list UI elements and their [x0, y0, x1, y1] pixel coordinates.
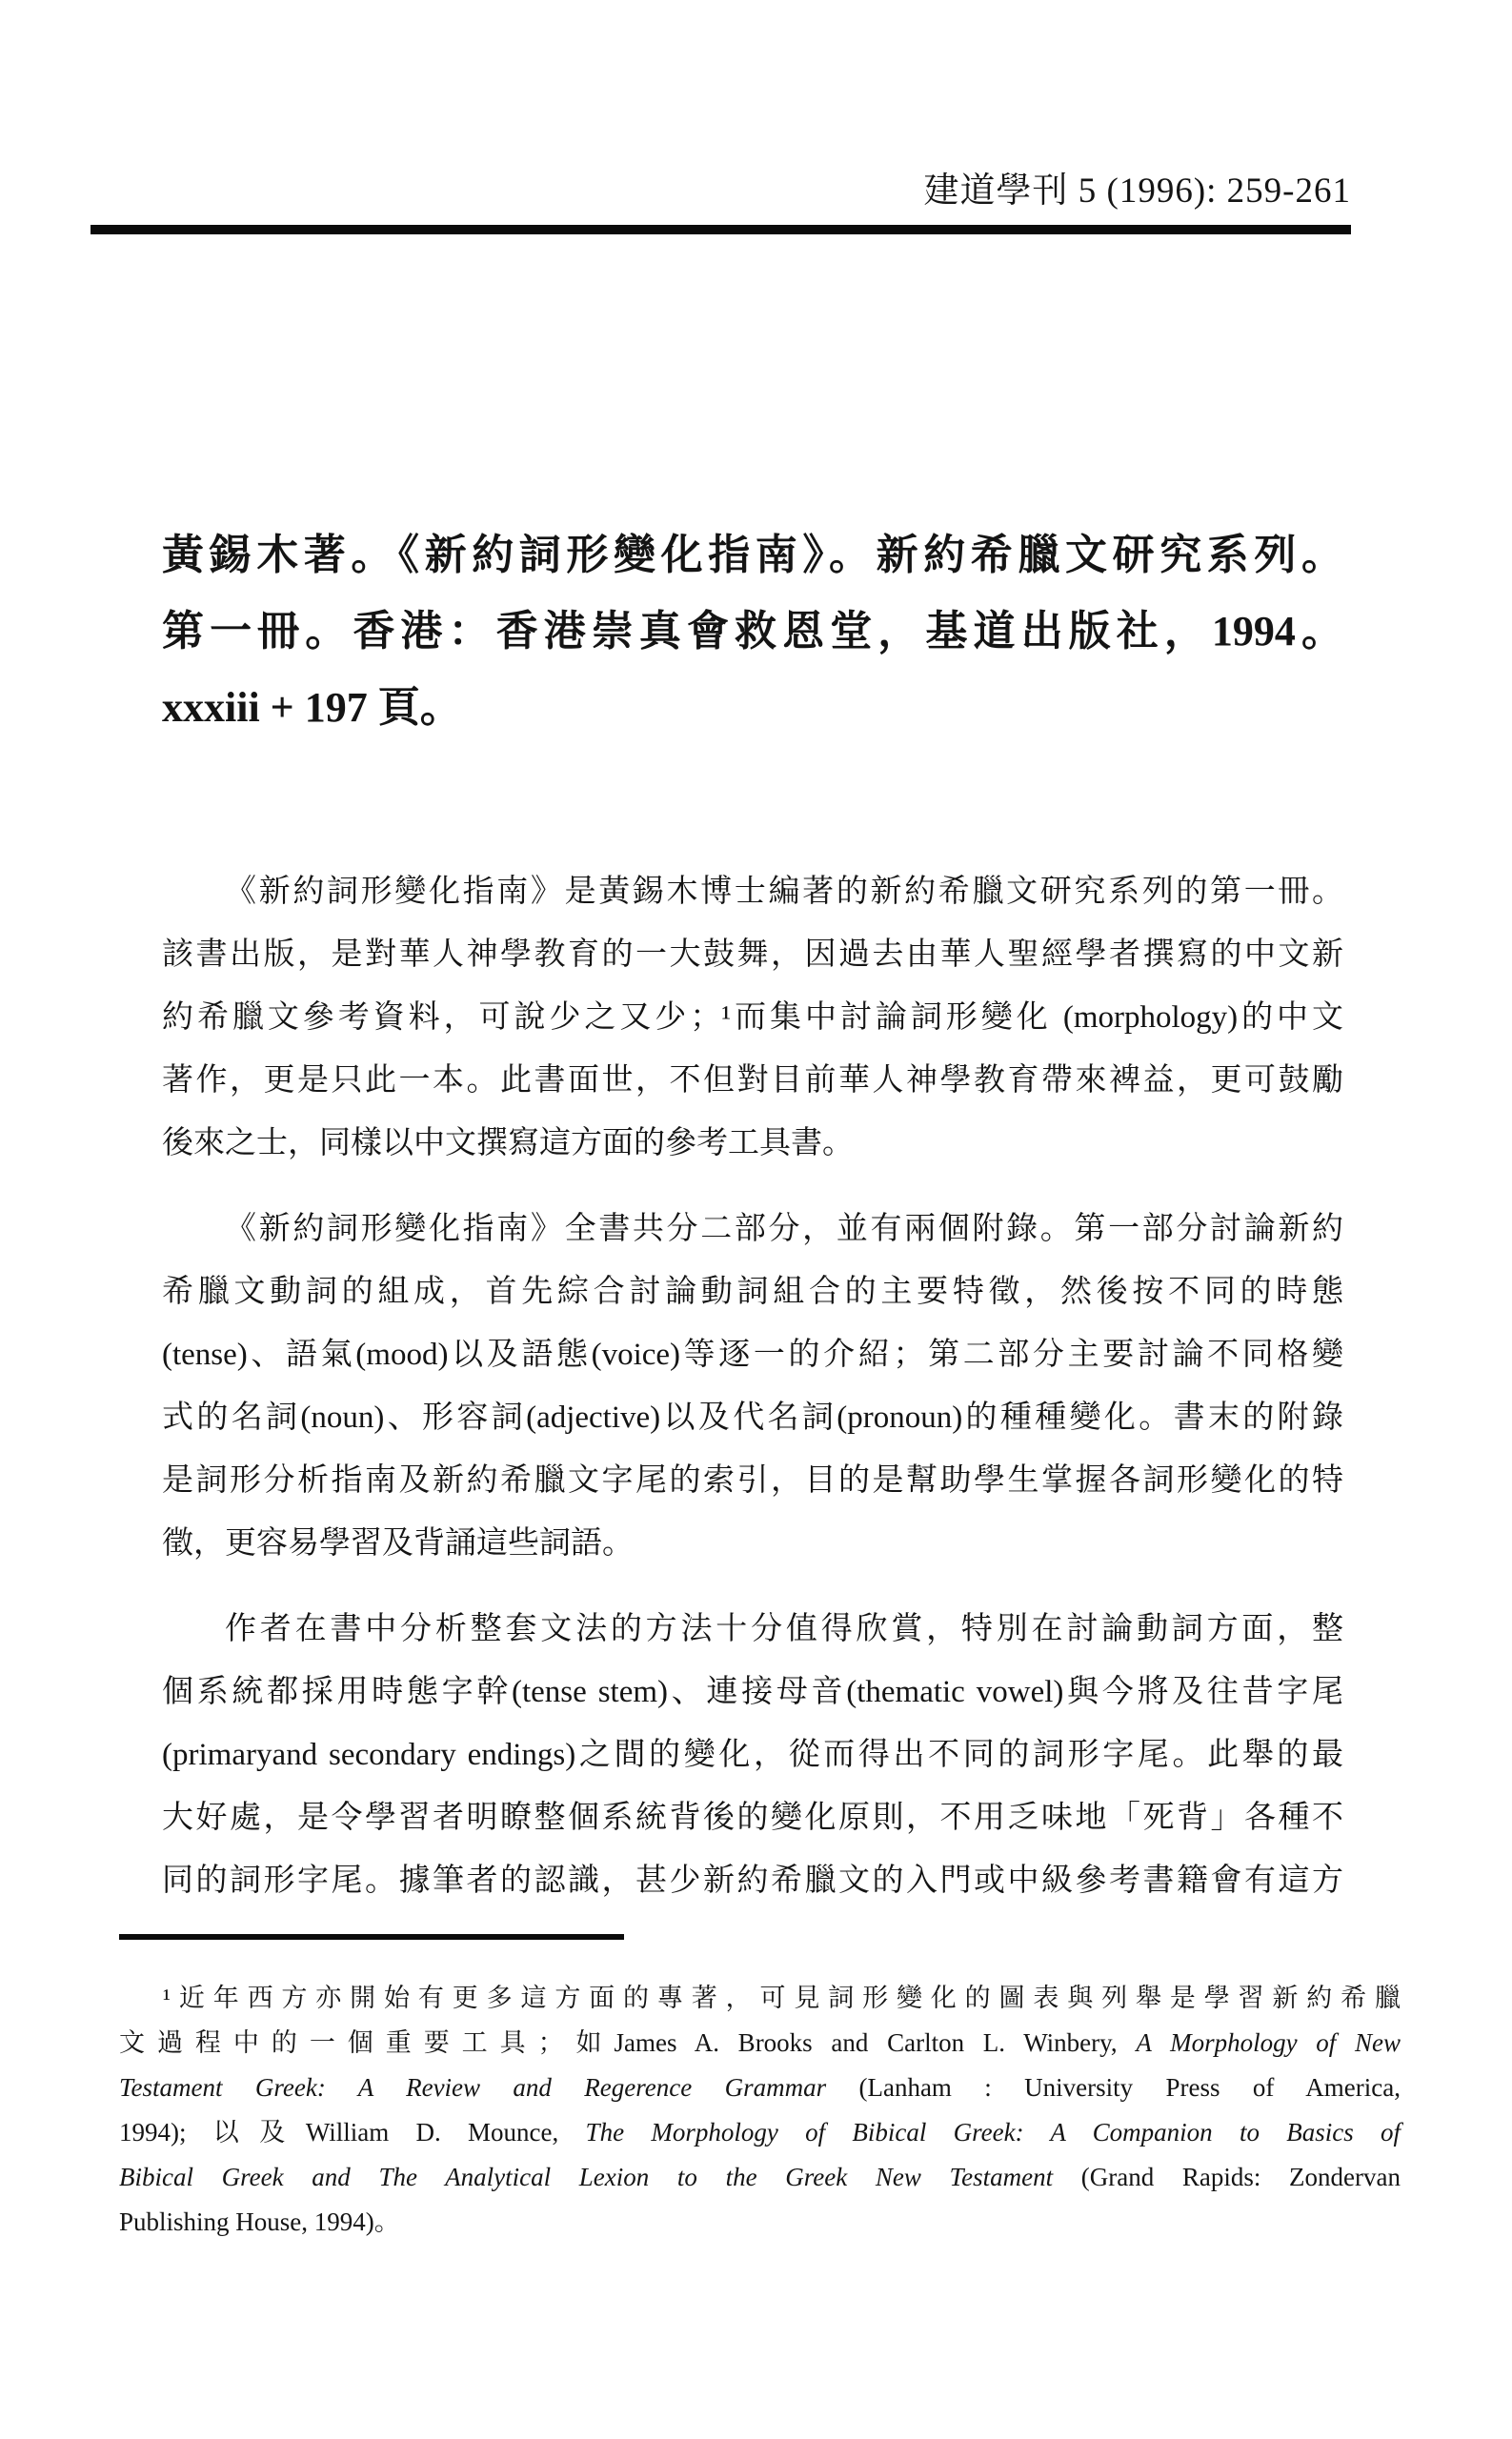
citation-line: xxxiii + 197 頁。 — [162, 670, 1343, 746]
footnote-book-title: A Morphology of New — [1136, 2028, 1401, 2057]
body-line: 式的名詞(noun)、形容詞(adjective)以及代名詞(pronoun)的… — [162, 1386, 1343, 1449]
footnote-line: 文過程中的一個重要工具；如James A. Brooks and Carlton… — [119, 2021, 1401, 2066]
journal-header: 建道學刊 5 (1996): 259-261 — [91, 170, 1351, 213]
body-line: 約希臘文參考資料，可說少之又少；¹而集中討論詞形變化 (morphology)的… — [162, 986, 1343, 1049]
body-line: 是詞形分析指南及新約希臘文字尾的索引，目的是幫助學生掌握各詞形變化的特 — [162, 1449, 1343, 1512]
body-line: 個系統都採用時態字幹(tense stem)、連接母音(thematic vow… — [162, 1661, 1343, 1723]
body-line: 《新約詞形變化指南》全書共分二部分，並有兩個附錄。第一部分討論新約 — [162, 1198, 1343, 1260]
body-line: 同的詞形字尾。據筆者的認識，甚少新約希臘文的入門或中級參考書籍會有這方 — [162, 1849, 1343, 1912]
footnote-book-title: The Morphology of Bibical Greek: A Compa… — [586, 2118, 1401, 2147]
footnote-text-segment: (Grand Rapids: Zondervan — [1053, 2163, 1401, 2191]
review-paragraph-1: 《新約詞形變化指南》是黃錫木博士編著的新約希臘文研究系列的第一冊。該書出版，是對… — [162, 860, 1343, 1175]
footnote-text-segment: ¹近年西方亦開始有更多這方面的專著，可見詞形變化的圖表與列舉是學習新約希臘 — [163, 1984, 1401, 2012]
review-body: 《新約詞形變化指南》是黃錫木博士編著的新約希臘文研究系列的第一冊。該書出版，是對… — [162, 860, 1343, 1935]
footnote-line: 1994); 以及William D. Mounce, The Morpholo… — [119, 2110, 1401, 2155]
body-line: 希臘文動詞的組成，首先綜合討論動詞組合的主要特徵，然後按不同的時態 — [162, 1260, 1343, 1323]
footnote-separator-rule — [119, 1934, 624, 1940]
body-line: 後來之士，同樣以中文撰寫這方面的參考工具書。 — [162, 1112, 1343, 1175]
footnote-book-title: Testament Greek: A Review and Regerence … — [119, 2073, 826, 2102]
body-line: 徵，更容易學習及背誦這些詞語。 — [162, 1512, 1343, 1575]
body-line: 作者在書中分析整套文法的方法十分值得欣賞，特別在討論動詞方面，整 — [162, 1598, 1343, 1661]
body-line: 大好處，是令學習者明瞭整個系統背後的變化原則，不用乏味地「死背」各種不 — [162, 1786, 1343, 1849]
footnote-line: ¹近年西方亦開始有更多這方面的專著，可見詞形變化的圖表與列舉是學習新約希臘 — [119, 1976, 1401, 2021]
footnote-text-segment: Publishing House, 1994)。 — [119, 2207, 400, 2236]
footnote-line: Publishing House, 1994)。 — [119, 2200, 1401, 2245]
footnote-section: ¹近年西方亦開始有更多這方面的專著，可見詞形變化的圖表與列舉是學習新約希臘文過程… — [119, 1934, 1401, 2245]
book-citation: 黃錫木著。《新約詞形變化指南》。新約希臘文研究系列。第一冊。香港：香港崇真會救恩… — [162, 517, 1343, 746]
header-rule — [91, 225, 1351, 234]
scanned-journal-page: 建道學刊 5 (1996): 259-261 黃錫木著。《新約詞形變化指南》。新… — [0, 0, 1512, 2439]
body-line: 著作，更是只此一本。此書面世，不但對目前華人神學教育帶來裨益，更可鼓勵 — [162, 1049, 1343, 1112]
footnote-text-segment: 文過程中的一個重要工具；如James A. Brooks and Carlton… — [119, 2028, 1136, 2057]
body-line: 《新約詞形變化指南》是黃錫木博士編著的新約希臘文研究系列的第一冊。 — [162, 860, 1343, 923]
body-line: (primaryand secondary endings)之間的變化，從而得出… — [162, 1723, 1343, 1786]
citation-line: 第一冊。香港：香港崇真會救恩堂，基道出版社，1994。 — [162, 594, 1343, 670]
citation-line: 黃錫木著。《新約詞形變化指南》。新約希臘文研究系列。 — [162, 517, 1343, 594]
review-paragraph-3: 作者在書中分析整套文法的方法十分值得欣賞，特別在討論動詞方面，整個系統都採用時態… — [162, 1598, 1343, 1912]
footnote-text: ¹近年西方亦開始有更多這方面的專著，可見詞形變化的圖表與列舉是學習新約希臘文過程… — [119, 1976, 1401, 2245]
footnote-text-segment: 1994); 以及William D. Mounce, — [119, 2118, 586, 2147]
footnote-text-segment: (Lanham : University Press of America, — [826, 2073, 1401, 2102]
footnote-line: Bibical Greek and The Analytical Lexion … — [119, 2155, 1401, 2200]
journal-citation: 建道學刊 5 (1996): 259-261 — [924, 171, 1352, 211]
footnote-line: Testament Greek: A Review and Regerence … — [119, 2066, 1401, 2110]
footnote-book-title: Bibical Greek and The Analytical Lexion … — [119, 2163, 1053, 2191]
body-line: (tense)、語氣(mood)以及語態(voice)等逐一的介紹；第二部分主要… — [162, 1323, 1343, 1386]
review-paragraph-2: 《新約詞形變化指南》全書共分二部分，並有兩個附錄。第一部分討論新約希臘文動詞的組… — [162, 1198, 1343, 1575]
body-line: 該書出版，是對華人神學教育的一大鼓舞，因過去由華人聖經學者撰寫的中文新 — [162, 923, 1343, 986]
